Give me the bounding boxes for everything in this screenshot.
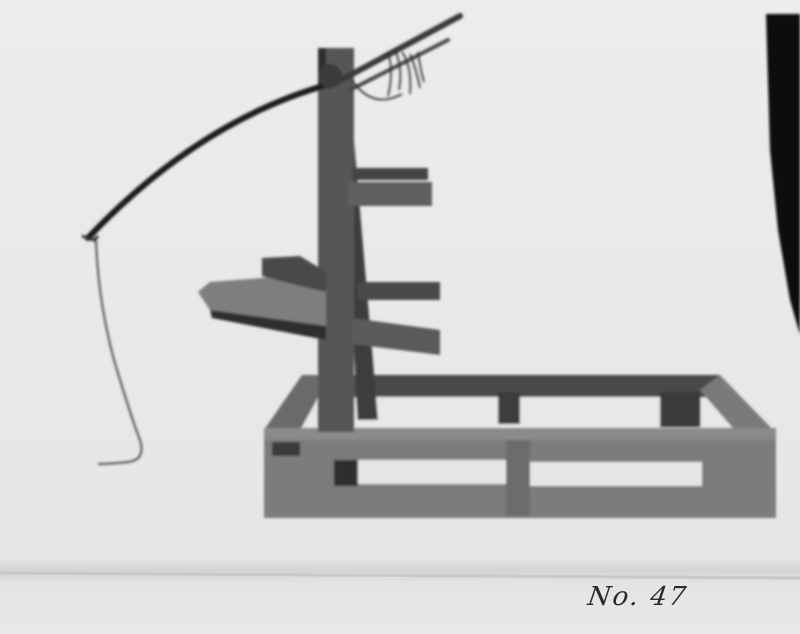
crossbar-top-1	[352, 168, 428, 180]
crossbar-middle	[358, 282, 440, 300]
upright-front-post	[318, 48, 354, 432]
handwritten-catalog-number: No. 47	[586, 582, 690, 612]
crossbar-top-2	[348, 182, 432, 206]
photograph	[0, 0, 800, 634]
